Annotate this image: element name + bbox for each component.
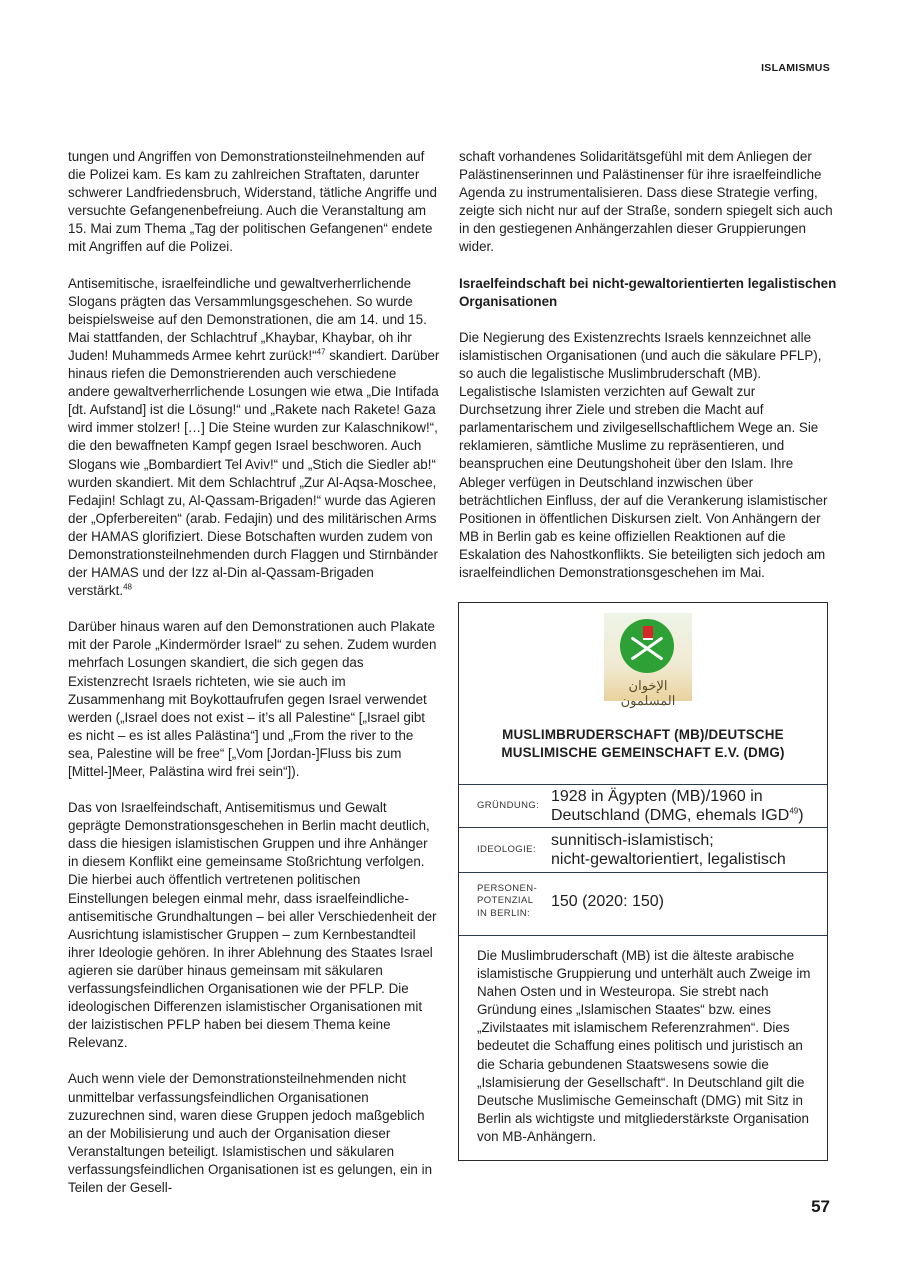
muslim-brotherhood-logo: الإخوان المسلمون (604, 613, 692, 701)
fact-value-line: nicht-gewaltorientiert, legalistisch (551, 850, 786, 869)
fact-row-founding: GRÜNDUNG: 1928 in Ägypten (MB)/1960 in D… (459, 784, 827, 827)
footnote-ref[interactable]: 47 (317, 347, 326, 356)
description-text: Die Muslimbruderschaft (MB) ist die älte… (477, 948, 810, 1144)
paragraph: Antisemitische, israelfeindliche und gew… (68, 275, 440, 601)
fact-row-ideology: IDEOLOGIE: sunnitisch-islamistisch; nich… (459, 827, 827, 872)
organization-infobox: الإخوان المسلمون MUSLIMBRUDERSCHAFT (MB)… (458, 602, 828, 1161)
paragraph: Die Negierung des Existenzrechts Israels… (459, 329, 839, 582)
fact-value-line: 1928 in Ägypten (MB)/1960 in (551, 787, 804, 806)
fact-row-membership: PERSONEN- POTENZIAL IN BERLIN: 150 (2020… (459, 872, 827, 930)
footnote-ref[interactable]: 49 (789, 807, 798, 816)
fact-label: GRÜNDUNG: (459, 800, 551, 813)
paragraph-text: skandiert. Darüber hinaus riefen die Dem… (68, 348, 439, 598)
divider (459, 935, 827, 936)
arabic-script: الإخوان المسلمون (604, 679, 692, 709)
footnote-ref[interactable]: 48 (123, 583, 132, 592)
fact-value-line: Deutschland (DMG, ehemals IGD49) (551, 806, 804, 825)
fact-value: sunnitisch-islamistisch; nicht-gewaltori… (551, 831, 786, 869)
fact-value: 1928 in Ägypten (MB)/1960 in Deutschland… (551, 787, 804, 825)
fact-label: IDEOLOGIE: (459, 844, 551, 857)
page-number: 57 (811, 1197, 830, 1217)
fact-value-line: sunnitisch-islamistisch; (551, 831, 786, 850)
infobox-description: Die Muslimbruderschaft (MB) ist die älte… (477, 947, 813, 1146)
section-heading: Israelfeindschaft bei nicht-gewaltorient… (459, 275, 839, 311)
emblem-icon (620, 619, 674, 673)
fact-label-line: POTENZIAL (477, 895, 551, 908)
fact-value: 150 (2020: 150) (551, 892, 664, 911)
paragraph: tungen und Angriffen von Demonstrationst… (68, 148, 440, 257)
paragraph: Das von Israelfeindschaft, Antisemitismu… (68, 799, 440, 1052)
infobox-title-line: MUSLIMISCHE GEMEINSCHAFT E.V. (DMG) (459, 744, 827, 762)
running-head: ISLAMISMUS (761, 62, 830, 74)
fact-label: PERSONEN- POTENZIAL IN BERLIN: (459, 883, 551, 921)
infobox-title-line: MUSLIMBRUDERSCHAFT (MB)/DEUTSCHE (459, 726, 827, 744)
infobox-facts: GRÜNDUNG: 1928 in Ägypten (MB)/1960 in D… (459, 784, 827, 930)
paragraph: Darüber hinaus waren auf den Demonstrati… (68, 618, 440, 781)
infobox-title: MUSLIMBRUDERSCHAFT (MB)/DEUTSCHE MUSLIMI… (459, 726, 827, 762)
fact-value-text: Deutschland (DMG, ehemals IGD (551, 807, 789, 824)
book-icon (643, 626, 653, 640)
right-column: schaft vorhandenes Solidaritätsgefühl mi… (459, 148, 839, 600)
left-column: tungen und Angriffen von Demonstrationst… (68, 148, 440, 1215)
fact-label-line: IN BERLIN: (477, 908, 551, 921)
fact-value-text: ) (798, 807, 803, 824)
paragraph: schaft vorhandenes Solidaritätsgefühl mi… (459, 148, 839, 257)
fact-label-line: PERSONEN- (477, 883, 551, 896)
paragraph: Auch wenn viele der Demonstrationsteilne… (68, 1070, 440, 1197)
